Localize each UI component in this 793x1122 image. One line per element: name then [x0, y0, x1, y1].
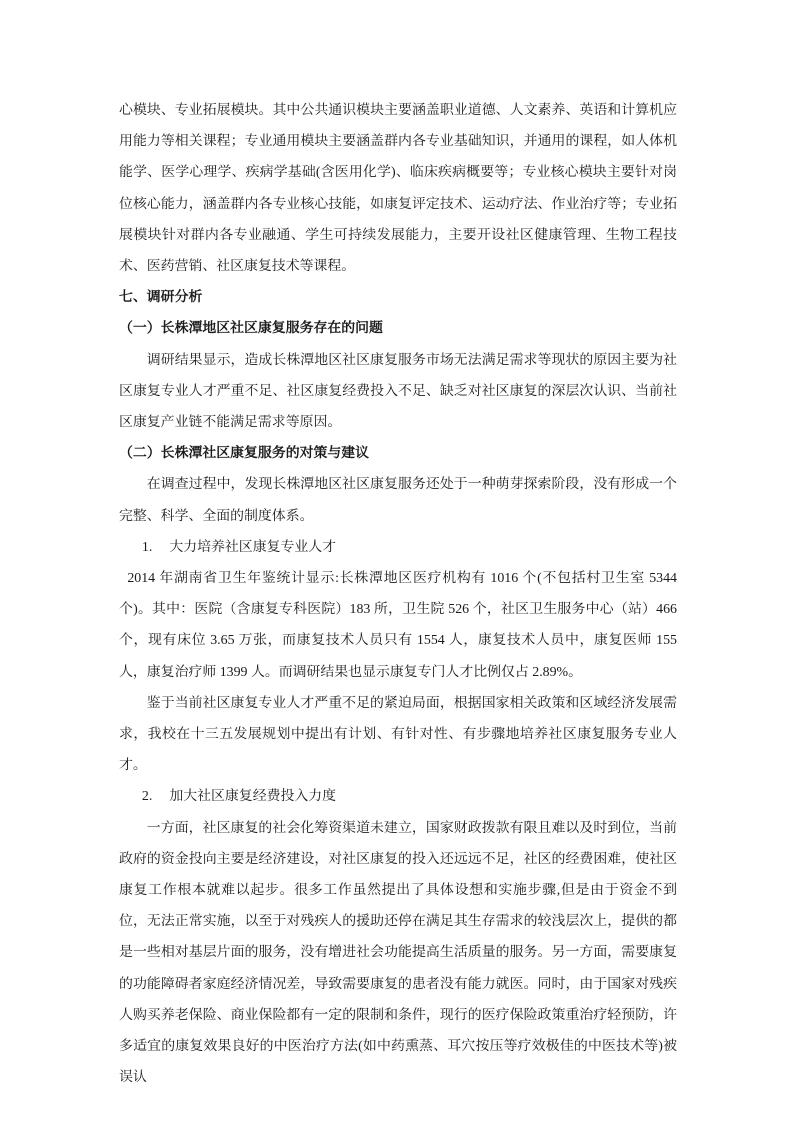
subsection-heading-2: （二）长株潭社区康复服务的对策与建议 [119, 438, 677, 469]
page-content: 心模块、专业拓展模块。其中公共通识模块主要涵盖职业道德、人文素养、英语和计算机应… [119, 95, 677, 1094]
subsection-heading-1: （一）长株潭地区社区康复服务存在的问题 [119, 313, 677, 344]
list-item-2-label: 加大社区康复经费投入力度 [169, 789, 336, 804]
body-paragraph-statistics: 2014 年湖南省卫生年鉴统计显示:长株潭地区医疗机构有 1016 个(不包括村… [119, 563, 677, 688]
list-item-1: 1.大力培养社区康复专业人才 [119, 532, 677, 563]
section-heading-7: 七、调研分析 [119, 282, 677, 313]
body-paragraph-overview: 在调查过程中，发现长株潭地区社区康复服务还处于一种萌芽探索阶段，没有形成一个完整… [119, 469, 677, 531]
list-item-1-label: 大力培养社区康复专业人才 [169, 540, 336, 555]
continuation-paragraph: 心模块、专业拓展模块。其中公共通识模块主要涵盖职业道德、人文素养、英语和计算机应… [119, 95, 677, 282]
list-item-2-number: 2. [142, 789, 152, 804]
list-item-2: 2.加大社区康复经费投入力度 [119, 781, 677, 812]
document-page: 心模块、专业拓展模块。其中公共通识模块主要涵盖职业道德、人文素养、英语和计算机应… [0, 0, 793, 1122]
body-paragraph-plan: 鉴于当前社区康复专业人才严重不足的紧迫局面，根据国家相关政策和区域经济发展需求，… [119, 688, 677, 782]
body-paragraph-problems: 调研结果显示，造成长株潭地区社区康复服务市场无法满足需求等现状的原因主要为社区康… [119, 345, 677, 439]
list-item-1-number: 1. [142, 540, 152, 555]
body-paragraph-funding: 一方面，社区康复的社会化筹资渠道未建立，国家财政拨款有限且难以及时到位，当前政府… [119, 813, 677, 1094]
